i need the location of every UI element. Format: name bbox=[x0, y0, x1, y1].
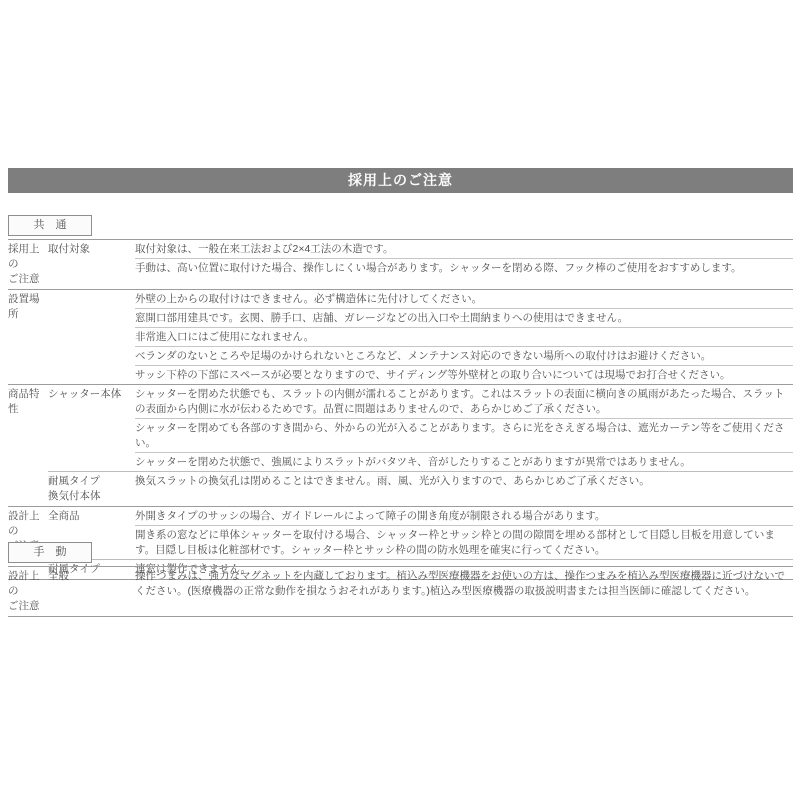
note-row: 操作つまみは、強力なマグネットを内蔵しております。植込み型医療機器をお使いの方は… bbox=[135, 567, 793, 600]
note-subgroup: 取付対象取付対象は、一般在来工法および2×4工法の木造です。手動は、高い位置に取… bbox=[48, 240, 793, 277]
note-row: 外開きタイプのサッシの場合、ガイドレールによって障子の開き角度が制限される場合が… bbox=[135, 507, 793, 525]
note-row: シャッターを閉めても各部のすき間から、外からの光が入ることがあります。さらに光を… bbox=[135, 418, 793, 452]
note-rows: 操作つまみは、強力なマグネットを内蔵しております。植込み型医療機器をお使いの方は… bbox=[135, 567, 793, 600]
section-manual: 手 動設計上の ご注意全般操作つまみは、強力なマグネットを内蔵しております。植込… bbox=[8, 542, 793, 617]
subcategory-cell: 全般 bbox=[48, 567, 135, 600]
note-group: 商品特性シャッター本体シャッターを閉めた状態でも、スラットの内側が濡れることがあ… bbox=[8, 384, 793, 506]
note-group: 採用上の ご注意取付対象取付対象は、一般在来工法および2×4工法の木造です。手動… bbox=[8, 240, 793, 289]
note-row: 手動は、高い位置に取付けた場合、操作しにくい場合があります。シャッターを閉める際… bbox=[135, 258, 793, 277]
subcategory-cell: シャッター本体 bbox=[48, 385, 135, 471]
note-group: 設置場所外壁の上からの取付けはできません。必ず構造体に先付けしてください。窓開口… bbox=[8, 289, 793, 384]
note-row: 外壁の上からの取付けはできません。必ず構造体に先付けしてください。 bbox=[135, 290, 793, 308]
category-cell: 商品特性 bbox=[8, 385, 48, 506]
category-cell: 採用上の ご注意 bbox=[8, 240, 48, 289]
subgroups: 外壁の上からの取付けはできません。必ず構造体に先付けしてください。窓開口部用建具… bbox=[48, 290, 793, 384]
note-row: サッシ下枠の下部にスペースが必要となりますので、サイディング等外壁材との取り合い… bbox=[135, 365, 793, 384]
notes-table: 設計上の ご注意全般操作つまみは、強力なマグネットを内蔵しております。植込み型医… bbox=[8, 566, 793, 617]
subcategory-cell: 取付対象 bbox=[48, 240, 135, 277]
section-label: 手 動 bbox=[8, 542, 92, 563]
note-rows: 換気スラットの換気孔は閉めることはできません。雨、風、光が入りますので、あらかじ… bbox=[135, 472, 793, 506]
subgroups: 全般操作つまみは、強力なマグネットを内蔵しております。植込み型医療機器をお使いの… bbox=[48, 567, 793, 616]
subgroups: シャッター本体シャッターを閉めた状態でも、スラットの内側が濡れることがあります。… bbox=[48, 385, 793, 506]
category-cell: 設置場所 bbox=[8, 290, 48, 384]
section-label: 共 通 bbox=[8, 215, 92, 236]
note-subgroup: 外壁の上からの取付けはできません。必ず構造体に先付けしてください。窓開口部用建具… bbox=[48, 290, 793, 384]
notes-table: 採用上の ご注意取付対象取付対象は、一般在来工法および2×4工法の木造です。手動… bbox=[8, 239, 793, 580]
note-rows: シャッターを閉めた状態でも、スラットの内側が濡れることがあります。これはスラット… bbox=[135, 385, 793, 471]
subcategory-cell: 耐風タイプ 換気付本体 bbox=[48, 472, 135, 506]
note-row: 換気スラットの換気孔は閉めることはできません。雨、風、光が入りますので、あらかじ… bbox=[135, 472, 793, 490]
subcategory-cell bbox=[48, 290, 135, 384]
note-row: 非常進入口にはご使用になれません。 bbox=[135, 327, 793, 346]
section-common: 共 通採用上の ご注意取付対象取付対象は、一般在来工法および2×4工法の木造です… bbox=[8, 215, 793, 580]
note-group: 設計上の ご注意全般操作つまみは、強力なマグネットを内蔵しております。植込み型医… bbox=[8, 567, 793, 616]
subgroups: 取付対象取付対象は、一般在来工法および2×4工法の木造です。手動は、高い位置に取… bbox=[48, 240, 793, 289]
note-rows: 取付対象は、一般在来工法および2×4工法の木造です。手動は、高い位置に取付けた場… bbox=[135, 240, 793, 277]
page-title: 採用上のご注意 bbox=[8, 168, 793, 193]
page: 採用上のご注意 共 通採用上の ご注意取付対象取付対象は、一般在来工法および2×… bbox=[0, 0, 800, 800]
note-subgroup: 耐風タイプ 換気付本体換気スラットの換気孔は閉めることはできません。雨、風、光が… bbox=[48, 471, 793, 506]
note-row: シャッターを閉めた状態でも、スラットの内側が濡れることがあります。これはスラット… bbox=[135, 385, 793, 418]
note-rows: 外壁の上からの取付けはできません。必ず構造体に先付けしてください。窓開口部用建具… bbox=[135, 290, 793, 384]
note-subgroup: シャッター本体シャッターを閉めた状態でも、スラットの内側が濡れることがあります。… bbox=[48, 385, 793, 471]
note-row: 窓開口部用建具です。玄関、勝手口、店舗、ガレージなどの出入口や土間納まりへの使用… bbox=[135, 308, 793, 327]
note-subgroup: 全般操作つまみは、強力なマグネットを内蔵しております。植込み型医療機器をお使いの… bbox=[48, 567, 793, 600]
note-row: 取付対象は、一般在来工法および2×4工法の木造です。 bbox=[135, 240, 793, 258]
note-row: シャッターを閉めた状態で、強風によりスラットがバタツキ、音がしたりすることがあり… bbox=[135, 452, 793, 471]
category-cell: 設計上の ご注意 bbox=[8, 567, 48, 616]
note-row: ベランダのないところや足場のかけられないところなど、メンテナンス対応のできない場… bbox=[135, 346, 793, 365]
